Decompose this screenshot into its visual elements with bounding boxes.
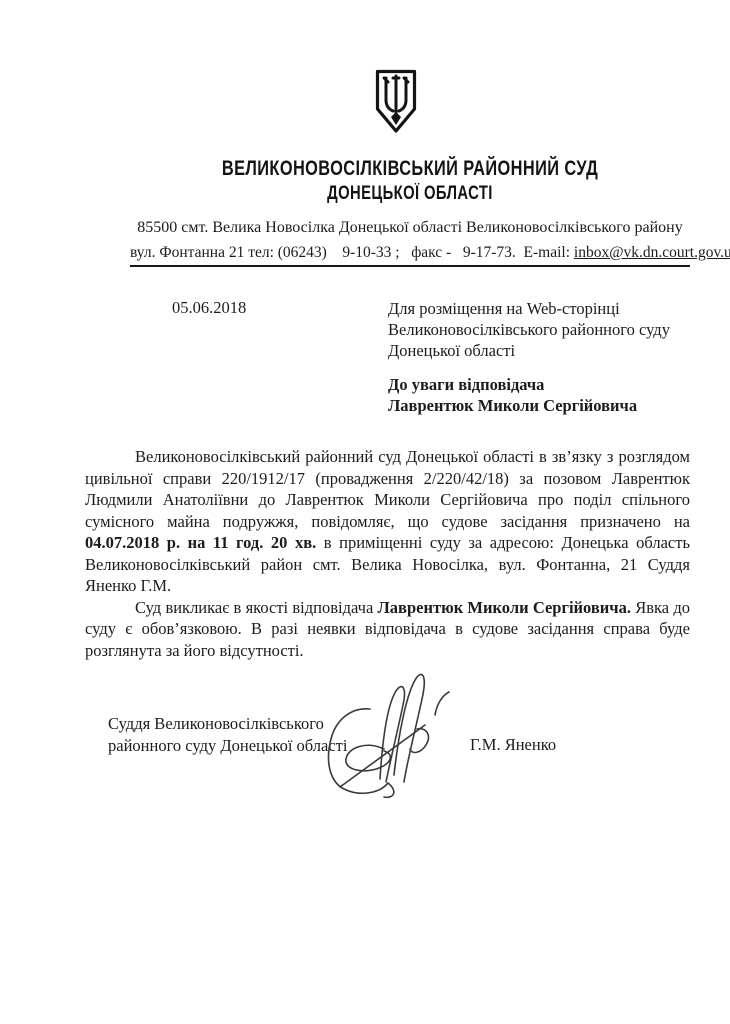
defendant-name: Лаврентюк Миколи Сергійовича. bbox=[378, 598, 631, 617]
paragraph-hearing-notice: Великоновосілківський районний суд Донец… bbox=[85, 446, 690, 597]
contact-text: вул. Фонтанна 21 тел: (06243) 9-10-33 ; … bbox=[130, 244, 574, 261]
attention-line: До уваги відповідача bbox=[388, 374, 670, 395]
judge-title-line: районного суду Донецької області bbox=[108, 735, 347, 757]
judge-title: Суддя Великоновосілківського районного с… bbox=[108, 713, 347, 757]
judge-title-line: Суддя Великоновосілківського bbox=[108, 713, 347, 735]
court-name-line2: ДОНЕЦЬКОЇ ОБЛАСТІ bbox=[192, 183, 629, 205]
paragraph-summons: Суд викликає в якості відповідача Лаврен… bbox=[85, 597, 690, 662]
web-note-line: Донецької області bbox=[388, 340, 670, 361]
attention-block: До уваги відповідача Лаврентюк Миколи Се… bbox=[388, 374, 670, 416]
court-contacts: вул. Фонтанна 21 тел: (06243) 9-10-33 ; … bbox=[130, 243, 690, 262]
court-email: inbox@vk.dn.court.gov.ua bbox=[574, 244, 730, 261]
p2-lead: Суд викликає в якості відповідача bbox=[135, 598, 378, 617]
recipient-block: Для розміщення на Web-сторінці Великонов… bbox=[388, 298, 670, 416]
handwritten-signature-icon bbox=[322, 667, 467, 802]
meta-section: 05.06.2018 Для розміщення на Web-сторінц… bbox=[0, 298, 730, 410]
web-note-line: Для розміщення на Web-сторінці bbox=[388, 298, 670, 319]
judge-name: Г.М. Яненко bbox=[470, 735, 556, 755]
hearing-datetime: 04.07.2018 р. на 11 год. 20 хв. bbox=[85, 533, 316, 552]
document-date: 05.06.2018 bbox=[172, 298, 246, 318]
p1-text: Великоновосілківський районний суд Донец… bbox=[85, 447, 690, 531]
scanned-court-document: ВЕЛИКОНОВОСІЛКІВСЬКИЙ РАЙОННИЙ СУД ДОНЕЦ… bbox=[0, 0, 730, 1024]
court-name-line1: ВЕЛИКОНОВОСІЛКІВСЬКИЙ РАЙОННИЙ СУД bbox=[192, 157, 629, 181]
web-note-line: Великоновосілківського районного суду bbox=[388, 319, 670, 340]
letterhead: ВЕЛИКОНОВОСІЛКІВСЬКИЙ РАЙОННИЙ СУД ДОНЕЦ… bbox=[130, 0, 690, 267]
letterhead-divider bbox=[130, 265, 690, 267]
court-address: 85500 смт. Велика Новосілка Донецької об… bbox=[130, 218, 690, 238]
signature-section: Суддя Великоновосілківського районного с… bbox=[0, 679, 730, 829]
document-body: Великоновосілківський районний суд Донец… bbox=[85, 446, 690, 661]
attention-line: Лаврентюк Миколи Сергійовича bbox=[388, 395, 670, 416]
ukraine-trident-emblem bbox=[372, 68, 420, 135]
